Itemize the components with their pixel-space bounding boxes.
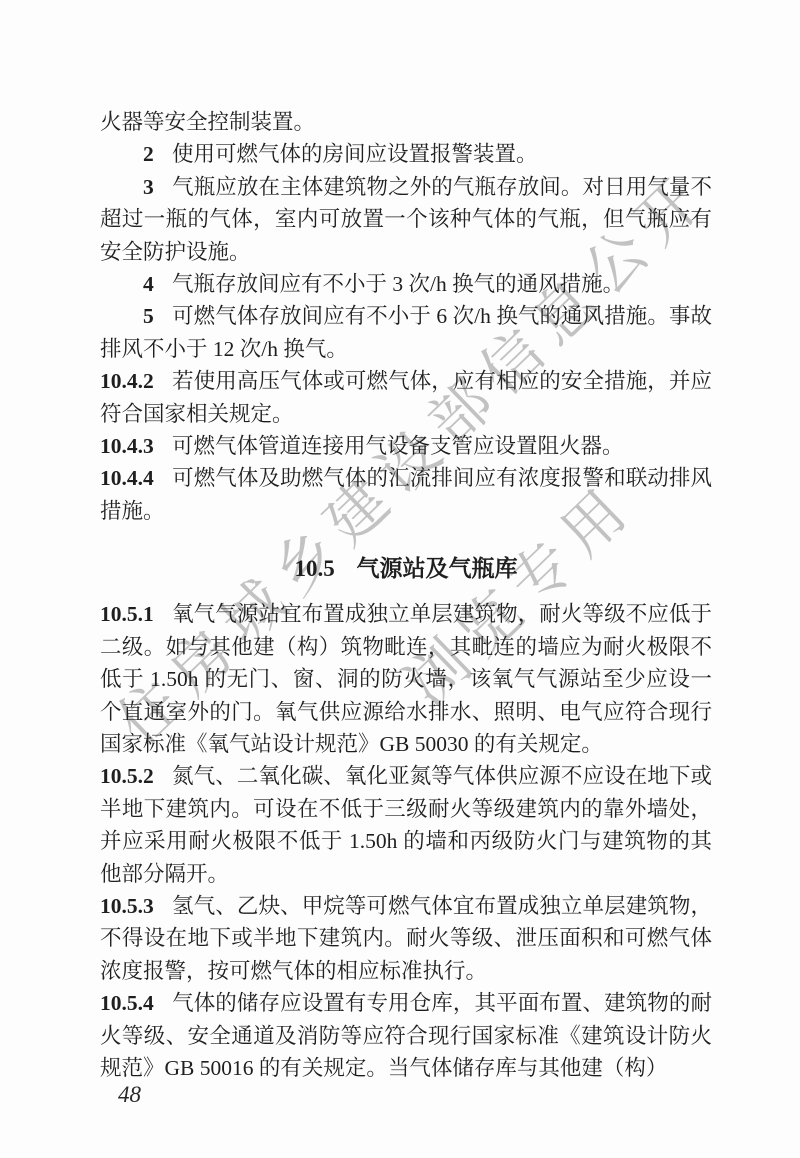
paragraph-text: 可燃气体管道连接用气设备支管应设置阻火器。 [172,434,624,458]
paragraph-text: 气体的储存应设置有专用仓库，其平面布置、建筑物的耐火等级、安全通道及消防等应符合… [100,991,712,1080]
list-item-paragraph: 4气瓶存放间应有不小于 3 次/h 换气的通风措施。 [100,268,712,300]
continuation-paragraph: 火器等安全控制装置。 [100,106,712,138]
clause-paragraph: 10.4.3可燃气体管道连接用气设备支管应设置阻火器。 [100,430,712,462]
paragraph-number: 10.5.1 [100,602,154,626]
section-heading-number: 10.5 [294,556,334,581]
paragraph-number: 4 [143,272,154,296]
page-number: 48 [118,1082,141,1108]
paragraph-text: 火器等安全控制装置。 [100,110,315,134]
clause-paragraph: 10.4.2若使用高压气体或可燃气体，应有相应的安全措施，并应符合国家相关规定。 [100,365,712,430]
paragraph-number: 3 [143,175,154,199]
paragraph-text: 氧气气源站宜布置成独立单层建筑物，耐火等级不应低于二级。如与其他建（构）筑物毗连… [100,602,712,756]
section-heading: 10.5气源站及气瓶库 [100,553,712,584]
list-item-paragraph: 2使用可燃气体的房间应设置报警装置。 [100,138,712,170]
paragraph-text: 氢气、乙炔、甲烷等可燃气体宜布置成独立单层建筑物，不得设在地下或半地下建筑内。耐… [100,894,712,983]
paragraph-number: 2 [143,142,154,166]
paragraph-text: 气瓶存放间应有不小于 3 次/h 换气的通风措施。 [172,272,624,296]
clause-paragraph: 10.4.4可燃气体及助燃气体的汇流排间应有浓度报警和联动排风措施。 [100,462,712,527]
clause-paragraph: 10.5.4气体的储存应设置有专用仓库，其平面布置、建筑物的耐火等级、安全通道及… [100,987,712,1084]
document-body: 火器等安全控制装置。2使用可燃气体的房间应设置报警装置。3气瓶应放在主体建筑物之… [0,0,800,1084]
paragraph-text: 若使用高压气体或可燃气体，应有相应的安全措施，并应符合国家相关规定。 [100,369,712,425]
paragraph-number: 10.5.4 [100,991,154,1015]
paragraph-text: 气瓶应放在主体建筑物之外的气瓶存放间。对日用气量不超过一瓶的气体，室内可放置一个… [100,175,712,264]
paragraph-number: 10.5.3 [100,894,154,918]
paragraph-text: 可燃气体及助燃气体的汇流排间应有浓度报警和联动排风措施。 [100,466,712,522]
document-page: 住房城乡建设部信息公开 浏览专用 火器等安全控制装置。2使用可燃气体的房间应设置… [0,0,800,1158]
paragraph-text: 氮气、二氧化碳、氧化亚氮等气体供应源不应设在地下或半地下建筑内。可设在不低于三级… [100,764,712,885]
paragraph-number: 10.4.3 [100,434,154,458]
paragraph-number: 10.4.4 [100,466,154,490]
paragraph-number: 10.4.2 [100,369,154,393]
section-heading-title: 气源站及气瓶库 [357,555,518,581]
paragraph-number: 5 [143,304,154,328]
list-item-paragraph: 3气瓶应放在主体建筑物之外的气瓶存放间。对日用气量不超过一瓶的气体，室内可放置一… [100,171,712,268]
list-item-paragraph: 5可燃气体存放间应有不小于 6 次/h 换气的通风措施。事故排风不小于 12 次… [100,300,712,365]
clause-paragraph: 10.5.1氧气气源站宜布置成独立单层建筑物，耐火等级不应低于二级。如与其他建（… [100,598,712,760]
paragraph-text: 可燃气体存放间应有不小于 6 次/h 换气的通风措施。事故排风不小于 12 次/… [100,304,712,360]
paragraph-number: 10.5.2 [100,764,154,788]
clause-paragraph: 10.5.2氮气、二氧化碳、氧化亚氮等气体供应源不应设在地下或半地下建筑内。可设… [100,760,712,890]
clause-paragraph: 10.5.3氢气、乙炔、甲烷等可燃气体宜布置成独立单层建筑物，不得设在地下或半地… [100,890,712,987]
paragraph-text: 使用可燃气体的房间应设置报警装置。 [172,142,538,166]
